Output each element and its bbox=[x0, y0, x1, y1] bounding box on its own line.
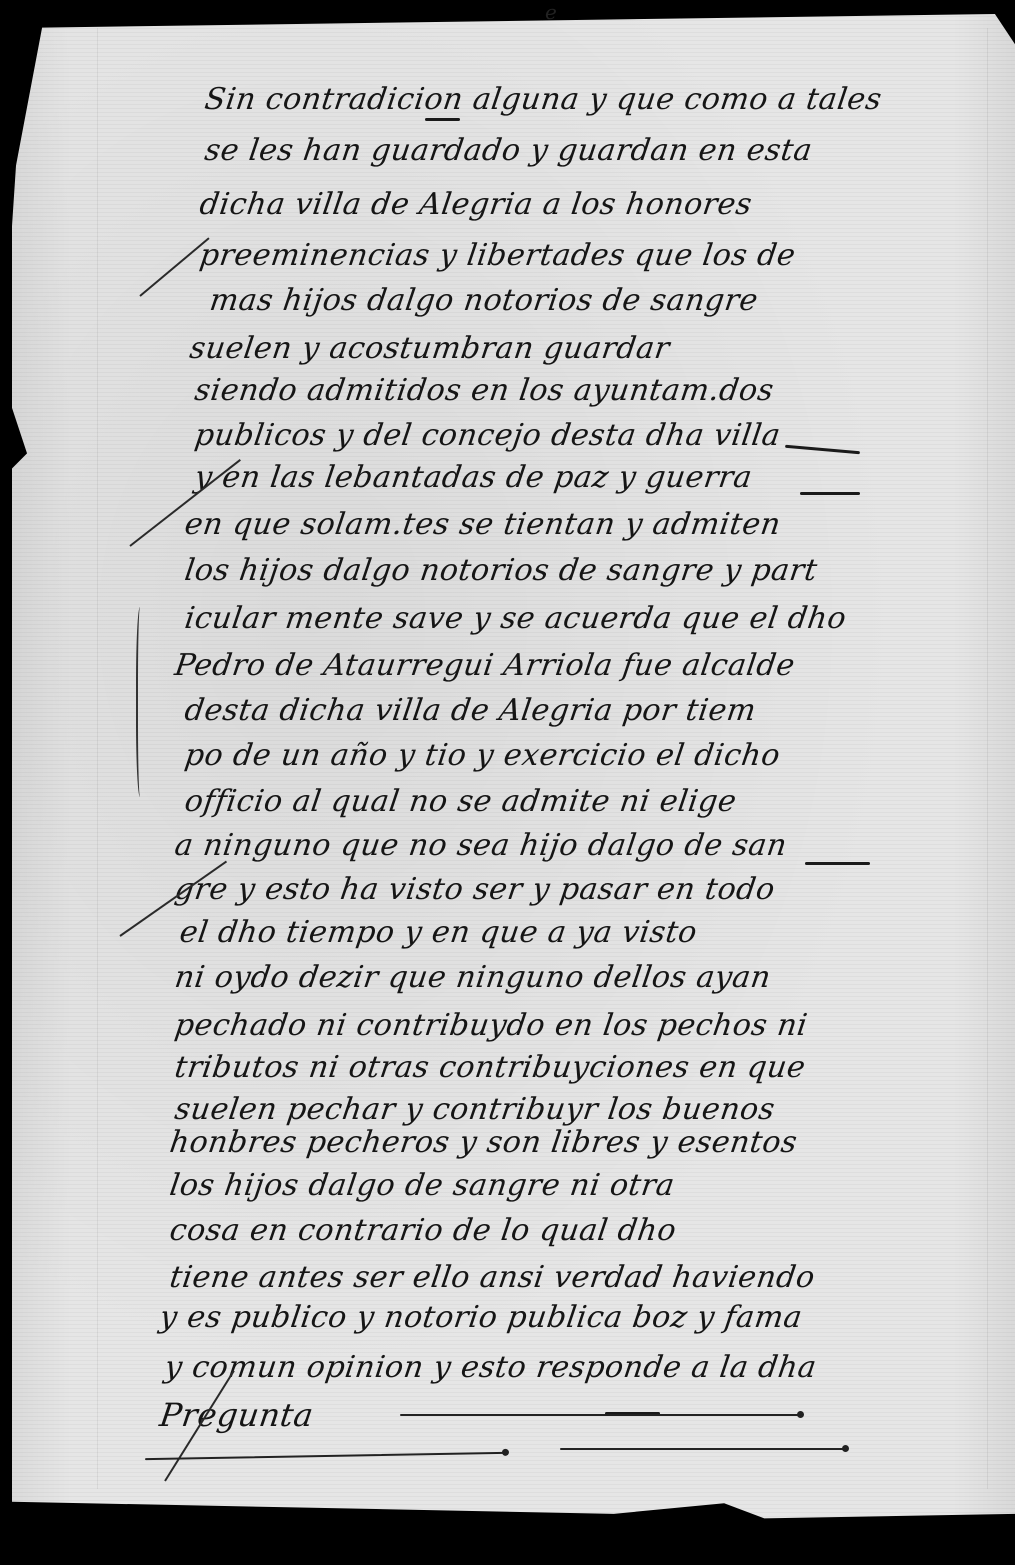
text-line-pregunta: Pregunta bbox=[157, 1396, 316, 1434]
text-line: pechado ni contribuydo en los pechos ni bbox=[173, 1008, 810, 1043]
text-line: honbres pecheros y son libres y esentos bbox=[168, 1125, 800, 1160]
closing-rule bbox=[400, 1414, 800, 1416]
text-line: los hijos dalgo notorios de sangre y par… bbox=[183, 553, 820, 588]
text-line: icular mente save y se acuerda que el dh… bbox=[183, 601, 849, 636]
text-line: y en las lebantadas de paz y guerra bbox=[193, 460, 755, 495]
text-line: ni oydo dezir que ninguno dellos ayan bbox=[173, 960, 774, 995]
closing-rule bbox=[560, 1448, 845, 1450]
text-line: mas hijos dalgo notorios de sangre bbox=[208, 283, 761, 318]
ink-flourish bbox=[805, 862, 870, 865]
folio-mark: e bbox=[545, 0, 557, 24]
text-line: a ninguno que no sea hijo dalgo de san bbox=[173, 828, 790, 863]
text-line: preeminencias y libertades que los de bbox=[198, 238, 798, 273]
text-line: Sin contradicion alguna y que como a tal… bbox=[203, 82, 885, 117]
text-line: desta dicha villa de Alegria por tiem bbox=[183, 693, 759, 728]
text-line: suelen y acostumbran guardar bbox=[188, 331, 673, 366]
ink-flourish bbox=[425, 118, 460, 121]
text-line: gre y esto ha visto ser y pasar en todo bbox=[173, 872, 778, 907]
text-line: dicha villa de Alegria a los honores bbox=[198, 187, 755, 222]
text-line: suelen pechar y contribuyr los buenos bbox=[173, 1092, 778, 1127]
text-line: y es publico y notorio publica boz y fam… bbox=[158, 1300, 805, 1335]
closing-rule bbox=[145, 1452, 505, 1460]
text-line: officio al qual no se admite ni elige bbox=[183, 784, 739, 819]
text-line: Pedro de Ataurregui Arriola fue alcalde bbox=[173, 648, 798, 683]
text-line: el dho tiempo y en que a ya visto bbox=[178, 915, 700, 950]
text-line: siendo admitidos en los ayuntam.dos bbox=[193, 373, 777, 408]
text-line: tributos ni otras contribuyciones en que bbox=[173, 1050, 808, 1085]
ink-flourish bbox=[800, 492, 860, 495]
text-line: tiene antes ser ello ansi verdad haviend… bbox=[168, 1260, 818, 1295]
text-line: cosa en contrario de lo qual dho bbox=[168, 1213, 679, 1248]
text-line: en que solam.tes se tientan y admiten bbox=[183, 507, 783, 542]
text-line: y comun opinion y esto responde a la dha bbox=[163, 1350, 819, 1385]
text-line: publicos y del concejo desta dha villa bbox=[193, 418, 783, 453]
manuscript-text: e Sin contradicion alguna y que como a t… bbox=[0, 0, 1015, 1565]
ink-flourish bbox=[785, 445, 860, 455]
text-line: los hijos dalgo de sangre ni otra bbox=[168, 1168, 677, 1203]
text-line: se les han guardado y guardan en esta bbox=[203, 133, 815, 168]
margin-bracket bbox=[136, 607, 146, 797]
text-line: po de un año y tio y exercicio el dicho bbox=[183, 738, 783, 773]
